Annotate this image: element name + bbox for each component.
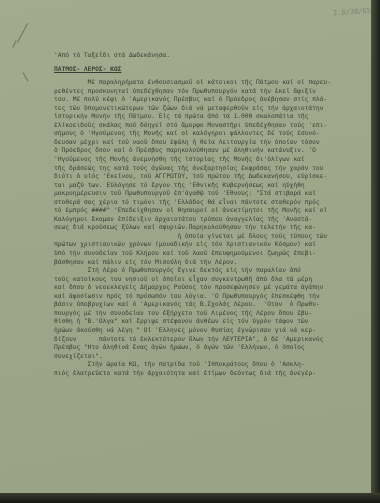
text-line: Στή Λέρο ὁ Πρωθυπουργός ἔγινε δεκτός εἰς… bbox=[54, 267, 370, 276]
document-heading: 'Από τό Ταξεΐδι στά Δωδεκάνησα. bbox=[54, 52, 370, 61]
text-line: σεως διά κρούσεως ξύλων καί σφυριῶν.Παρη… bbox=[54, 224, 370, 233]
text-line: ὁ Πρόεδρος ὅσον καί ὁ Πρέσβυς παρηκολούθ… bbox=[54, 147, 370, 156]
text-line: ὑπό τήν συνοδείαν τοῦ Κλήρου καί τοῦ λαο… bbox=[54, 250, 370, 259]
text-line: ἡρώων ἀκούσθη νά λέγη " Οἱ 'Ελληνες μόνο… bbox=[54, 327, 370, 336]
document-page: 2.6/30/65 'Από τό Ταξεΐδι στά Δωδεκάνησα… bbox=[0, 0, 371, 493]
text-line: 'Ηγούμενος τῆς Μονῆς ἀνεμνήσθη τῆς ἱστορ… bbox=[54, 156, 370, 165]
text-line: μακροημέρευσιν τοῦ Πρωθυπουργοῦ ἐπ'ἀγαθῷ… bbox=[54, 190, 370, 199]
text-line: πρώτων χριστιανικῶν χρόνων (μοναδικήν εἰ… bbox=[54, 241, 370, 250]
text-line: τούς κατοίκους του νησιοῦ οἱ ὁποῖοι εἶχα… bbox=[54, 276, 370, 285]
text-line: βάσθησαν καί πάλιν εἰς τόν Μισούλη διά τ… bbox=[54, 259, 370, 268]
paper-scratch-mark bbox=[12, 40, 16, 48]
archive-stamp: 2.6/30/65 bbox=[333, 7, 371, 18]
paper-scratch-mark bbox=[17, 23, 28, 43]
text-line: θίσθη ἡ "Β.'Ολγα" καί ἔρριψε στέφανον ἀν… bbox=[54, 318, 370, 327]
text-line: ται μαζύ των. Εὐλόγησε τό ἔργον τῆς 'Εθν… bbox=[54, 182, 370, 191]
text-line: Πρέσβυς "Ητο ἀληθινά ἕνας ἀγών ἡρώων, ὁ … bbox=[54, 344, 370, 353]
text-line: καί ὅπου ὁ νεοεκλεγείς Δήμαρχος Ροῦσος τ… bbox=[54, 284, 370, 293]
text-line: πιός ἐλατρεύετο κατά τήν ἀρχαιότητα καί … bbox=[54, 370, 370, 379]
text-line: διότι ὁ υἱός 'Εκείνου, τοῦ ΑΓΓΡΩΤΟΥ, τοῦ… bbox=[54, 173, 370, 182]
text-line: στοθερά σας χέρια τό τιμόνι τῆς 'Ελλάδος… bbox=[54, 199, 370, 208]
text-line: ρεθέντες προσκυνηταί ὑπεδέχθησαν τόν Πρω… bbox=[54, 88, 370, 97]
document-subheading: ΠΑΤΜΟΣ- ΛΕΡΟΣ- ΚΩΣ bbox=[54, 66, 370, 75]
text-line: του. Μέ πολύ κέφι ὁ 'Αμερικανός Πρέσβυς … bbox=[54, 96, 370, 105]
text-line: Μέ παραληρήματα ένθουσιασμοῦ οἱ κάτοικοι… bbox=[54, 79, 370, 88]
text-line: συνεχίζεται". bbox=[54, 353, 370, 362]
text-line: τῆς δράσεώς της κατά τούς ἀγῶνας τῆς ἀνε… bbox=[54, 165, 370, 174]
document-body: 'Από τό Ταξεΐδι στά Δωδεκάνησα. ΠΑΤΜΟΣ- … bbox=[54, 52, 370, 378]
document-lines: Μέ παραληρήματα ένθουσιασμοῦ οἱ κάτοικοι… bbox=[54, 79, 370, 378]
text-line: δίζουν πάντοτε τό ἐκλεκτότερον ὅλων τήν … bbox=[54, 336, 370, 345]
scan-edge-right bbox=[371, 0, 380, 503]
scan-edge-bottom bbox=[0, 493, 380, 503]
text-line: βάσιν ὑποβρυχίων καί ὁ 'Αμερικανός τάς Β… bbox=[54, 301, 370, 310]
text-line: τες τῶν ὑπομονετικώτερων τῶν ζώων διά νά… bbox=[54, 105, 370, 114]
text-line: Στήν ὡραία ΚΩ, τήν πατρίδα τοῦ 'Ιπποκράτ… bbox=[54, 361, 370, 370]
text-line: τό ἐμπρός ####" 'Επεδείχθησαν οἱ θησαυρο… bbox=[54, 207, 370, 216]
text-line: ἱστορικήν Μονήν τῆς Πάτμου. Εἰς τά πρῶτα… bbox=[54, 113, 370, 122]
text-line: σήμους ὁ 'Ηγούμενος τῆς Μονῆς καί οἱ καλ… bbox=[54, 130, 370, 139]
paper-scratch-mark bbox=[23, 72, 29, 81]
